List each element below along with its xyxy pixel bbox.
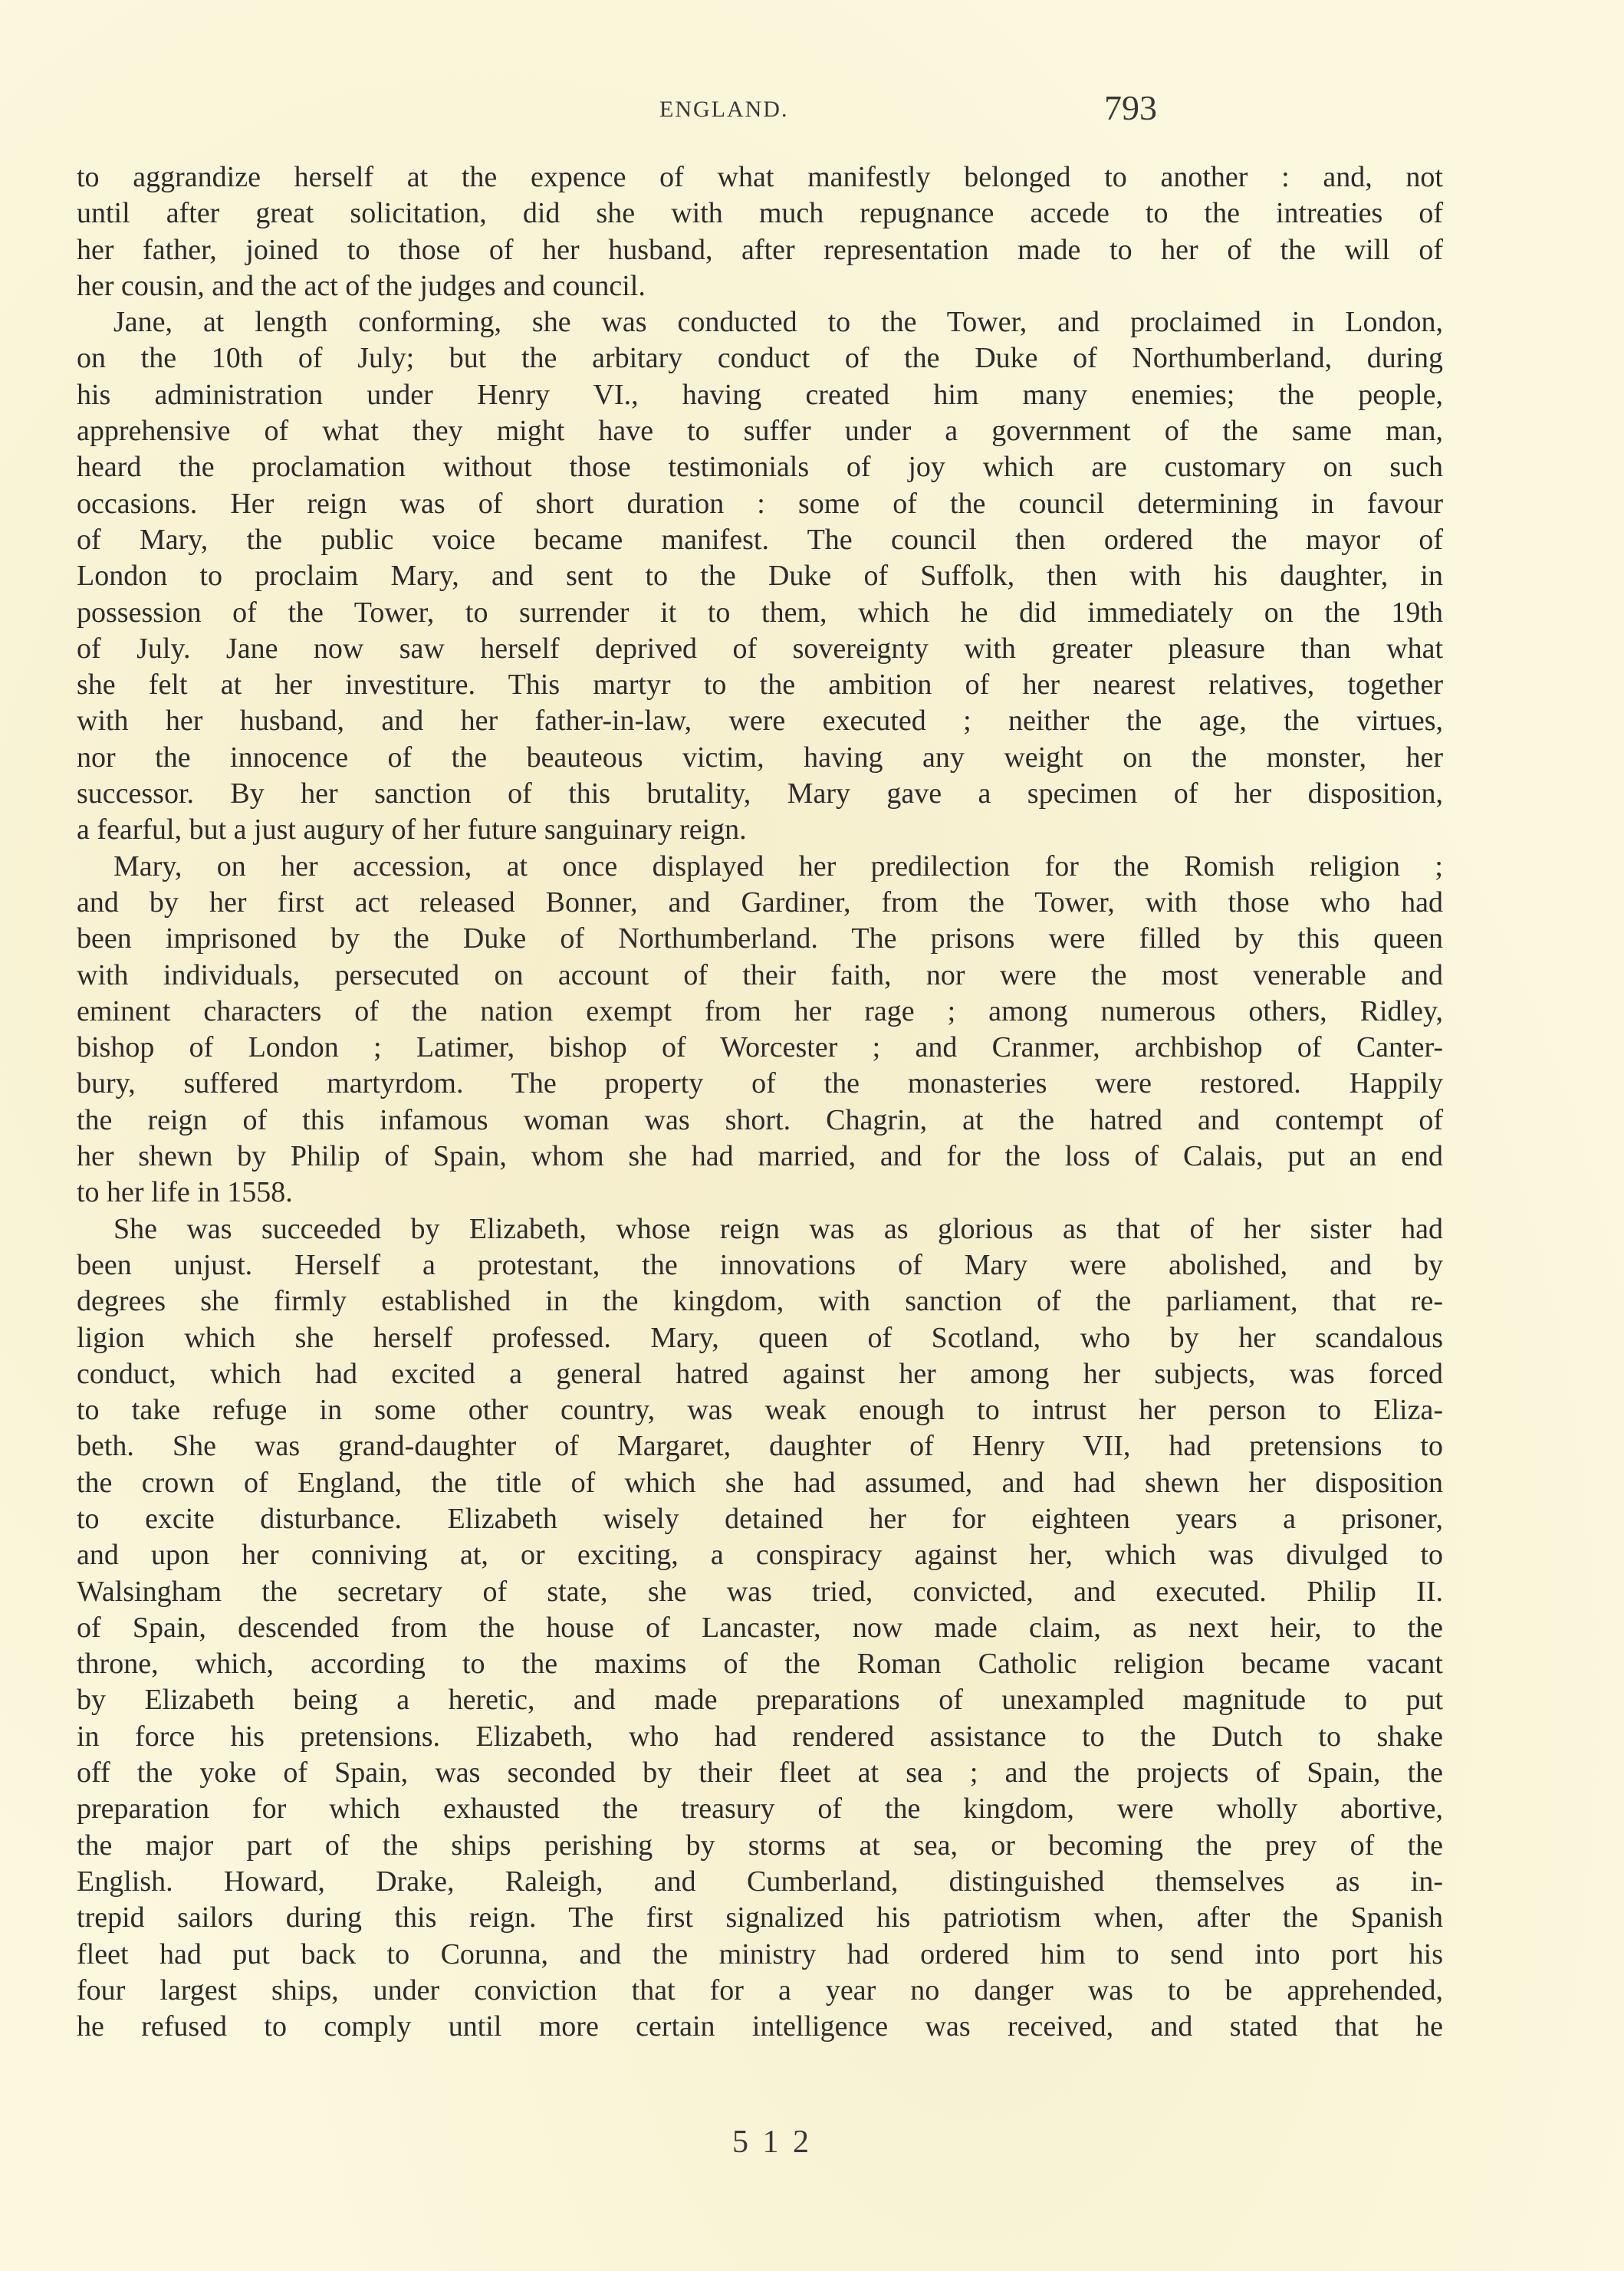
text-line: throne, which, according to the maxims o… [77,1646,1443,1682]
text-line: bury, suffered martyrdom. The property o… [77,1066,1443,1102]
text-line: eminent characters of the nation exempt … [77,994,1443,1030]
text-line: four largest ships, under conviction tha… [77,1973,1443,2009]
text-line: on the 10th of July; but the arbitary co… [77,340,1443,376]
text-line: Mary, on her accession, at once displaye… [77,849,1443,885]
text-line: in force his pretensions. Elizabeth, who… [77,1719,1443,1755]
text-line: off the yoke of Spain, was seconded by t… [77,1755,1443,1791]
text-line: to excite disturbance. Elizabeth wisely … [77,1501,1443,1537]
text-line: beth. She was grand-daughter of Margaret… [77,1428,1443,1464]
page-number: 793 [1104,87,1157,128]
text-line: been imprisoned by the Duke of Northumbe… [77,921,1443,957]
book-page: ENGLAND. 793 to aggrandize herself at th… [0,0,1624,2271]
text-line: he refused to comply until more certain … [77,2009,1443,2045]
text-line: of July. Jane now saw herself deprived o… [77,631,1443,667]
text-line: until after great solicitation, did she … [77,196,1443,232]
text-line: occasions. Her reign was of short durati… [77,486,1443,522]
text-line: preparation for which exhausted the trea… [77,1791,1443,1827]
text-line: ligion which she herself professed. Mary… [77,1320,1443,1356]
text-line: heard the proclamation without those tes… [77,449,1443,485]
text-line: trepid sailors during this reign. The fi… [77,1900,1443,1936]
text-line: the major part of the ships perishing by… [77,1828,1443,1864]
text-line: nor the innocence of the beauteous victi… [77,740,1443,776]
text-line: the crown of England, the title of which… [77,1465,1443,1501]
text-line: apprehensive of what they might have to … [77,413,1443,449]
text-line: English. Howard, Drake, Raleigh, and Cum… [77,1864,1443,1900]
text-line: his administration under Henry VI., havi… [77,377,1443,413]
text-line: her cousin, and the act of the judges an… [77,268,1443,304]
text-line: and upon her conniving at, or exciting, … [77,1537,1443,1573]
text-line: her father, joined to those of her husba… [77,232,1443,268]
text-line: by Elizabeth being a heretic, and made p… [77,1682,1443,1718]
body-text: to aggrandize herself at the expence of … [77,159,1443,2045]
running-head: ENGLAND. [659,97,788,123]
text-line: conduct, which had excited a general hat… [77,1356,1443,1392]
signature-mark: 5 1 2 [732,2124,812,2161]
text-line: bishop of London ; Latimer, bishop of Wo… [77,1030,1443,1066]
text-line: possession of the Tower, to surrender it… [77,595,1443,631]
text-line: to her life in 1558. [77,1175,1443,1211]
text-line: of Spain, descended from the house of La… [77,1610,1443,1646]
text-line: fleet had put back to Corunna, and the m… [77,1937,1443,1973]
text-line: Walsingham the secretary of state, she w… [77,1574,1443,1610]
text-line: been unjust. Herself a protestant, the i… [77,1247,1443,1283]
text-line: London to proclaim Mary, and sent to the… [77,558,1443,594]
text-line: with her husband, and her father-in-law,… [77,703,1443,739]
text-line: degrees she firmly established in the ki… [77,1283,1443,1320]
text-line: she felt at her investiture. This martyr… [77,667,1443,703]
text-line: to aggrandize herself at the expence of … [77,159,1443,196]
text-line: Jane, at length conforming, she was cond… [77,304,1443,340]
text-line: to take refuge in some other country, wa… [77,1392,1443,1428]
text-line: of Mary, the public voice became manifes… [77,522,1443,558]
text-line: with individuals, persecuted on account … [77,958,1443,994]
text-line: She was succeeded by Elizabeth, whose re… [77,1211,1443,1247]
text-line: successor. By her sanction of this bruta… [77,776,1443,812]
text-line: a fearful, but a just augury of her futu… [77,812,1443,848]
text-line: the reign of this infamous woman was sho… [77,1103,1443,1139]
text-line: and by her first act released Bonner, an… [77,885,1443,921]
text-line: her shewn by Philip of Spain, whom she h… [77,1139,1443,1175]
